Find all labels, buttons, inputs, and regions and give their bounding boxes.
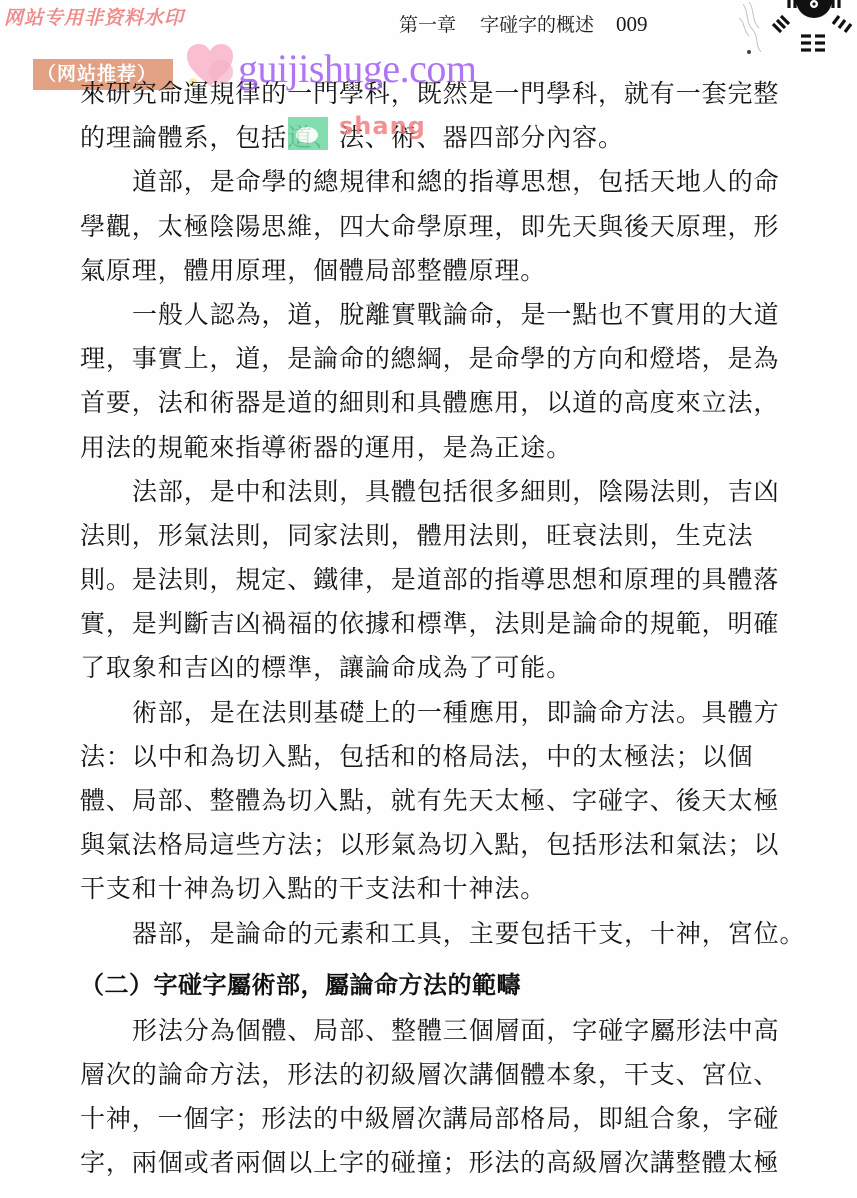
paragraph-qi: 器部，是論命的元素和工具，主要包括干支，十神，宮位。 [80, 912, 780, 956]
body-text: 來研究命運規律的一門學科，既然是一門學科，就有一套完整 的理論體系，包括道、法、… [80, 72, 780, 1186]
text-line: 法部，是中和法則，具體包括很多細則，陰陽法則，吉凶 [80, 470, 780, 514]
paragraph-dao: 道部，是命學的總規律和總的指導思想，包括天地人的命 學觀，太極陰陽思維，四大命學… [80, 160, 780, 293]
text-line: 器部，是論命的元素和工具，主要包括干支，十神，宮位。 [80, 912, 780, 956]
text-line: 形法分為個體、局部、整體三個層面，字碰字屬形法中高 [80, 1009, 780, 1053]
text-line: 理，事實上，道，是論命的總綱，是命學的方向和燈塔，是為 [80, 337, 780, 381]
text-line: 法：以中和為切入點，包括和的格局法，中的太極法；以個 [80, 735, 780, 779]
text-line: 道部，是命學的總規律和總的指導思想，包括天地人的命 [80, 160, 780, 204]
text-line: 用法的規範來指導術器的運用，是為正途。 [80, 426, 780, 470]
overlay-text-watermark: shang [339, 112, 426, 140]
text-line: 與氣法格局這些方法；以形氣為切入點，包括形法和氣法；以 [80, 823, 780, 867]
text-line: 術部，是在法則基礎上的一種應用，即論命方法。具體方 [80, 691, 780, 735]
wechat-icon [288, 117, 328, 150]
text-line: 層次的論命方法，形法的初級層次講個體本象，干支、宮位、 [80, 1053, 780, 1097]
watermark-stamp: 网站专用非资料水印 [4, 3, 184, 30]
chapter-label: 第一章 [399, 14, 456, 36]
text-line: 體、局部、整體為切入點，就有先天太極、字碰字、後天太極 [80, 779, 780, 823]
text-line: 氣原理，體用原理，個體局部整體原理。 [80, 249, 780, 293]
page-number: 009 [616, 12, 648, 36]
paragraph-xingfa: 形法分為個體、局部、整體三個層面，字碰字屬形法中高 層次的論命方法，形法的初級層… [80, 1009, 780, 1186]
text-line: 學觀，太極陰陽思維，四大命學原理，即先天與後天原理，形 [80, 205, 780, 249]
paragraph-fa: 法部，是中和法則，具體包括很多細則，陰陽法則，吉凶 法則，形氣法則，同家法則，體… [80, 470, 780, 691]
text-line: 字，兩個或者兩個以上字的碰撞；形法的高級層次講整體太極 [80, 1141, 780, 1185]
section-heading: （二）字碰字屬術部，屬論命方法的範疇 [80, 963, 780, 1007]
text-line: 法則，形氣法則，同家法則，體用法則，旺衰法則，生克法 [80, 514, 780, 558]
bagua-yinyang-icon [735, 0, 857, 58]
text-line: 首要，法和術器是道的細則和具體應用，以道的高度來立法， [80, 381, 780, 425]
chapter-title: 字碰字的概述 [480, 14, 594, 36]
paragraph-shu: 術部，是在法則基礎上的一種應用，即論命方法。具體方 法：以中和為切入點，包括和的… [80, 691, 780, 912]
running-head: 第一章字碰字的概述009 [399, 10, 648, 37]
paragraph-common-view: 一般人認為，道，脫離實戰論命，是一點也不實用的大道 理，事實上，道，是論命的總綱… [80, 293, 780, 470]
text-line: 十神，一個字；形法的中級層次講局部格局，即組合象，字碰 [80, 1097, 780, 1141]
text-line: 的理論體系，包括道、法、術、器四部分內容。 [80, 116, 780, 160]
text-line: 實，是判斷吉凶禍福的依據和標準，法則是論命的規範，明確 [80, 602, 780, 646]
book-page: 网站专用非资料水印 第一章字碰字的概述009 [0, 0, 857, 1198]
text-line: 干支和十神為切入點的干支法和十神法。 [80, 867, 780, 911]
text-line: 一般人認為，道，脫離實戰論命，是一點也不實用的大道 [80, 293, 780, 337]
text-line: 了取象和吉凶的標準，讓論命成為了可能。 [80, 646, 780, 690]
site-url-watermark: guijishuge.com [238, 45, 477, 92]
text-line: 則。是法則，規定、鐵律，是道部的指導思想和原理的具體落 [80, 558, 780, 602]
